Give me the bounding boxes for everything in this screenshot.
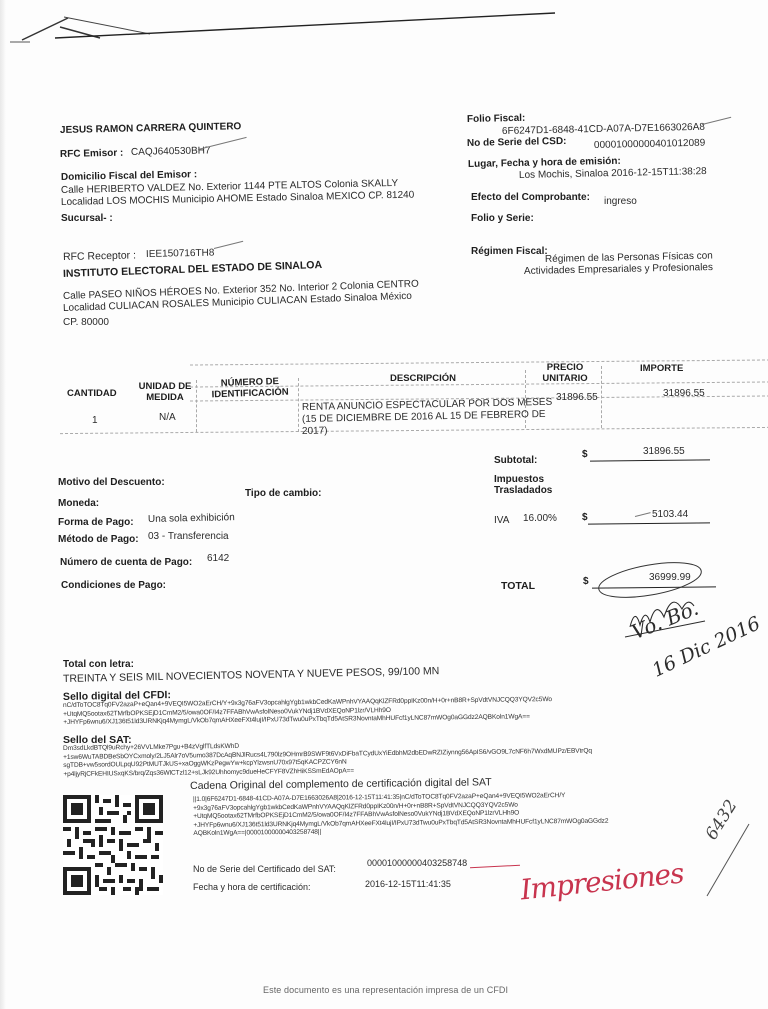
- total-currency: $: [583, 576, 589, 587]
- serie-sat-label: No de Serie del Certificado del SAT:: [193, 864, 336, 874]
- col-header-precio-line2: UNITARIO: [535, 373, 595, 384]
- cell-unidad: N/A: [159, 412, 176, 423]
- iva-rate: 16.00%: [523, 513, 557, 524]
- forma-pago-value: Una sola exhibición: [148, 512, 235, 525]
- cfdi-invoice-page: JESUS RAMON CARRERA QUINTERO RFC Emisor …: [0, 0, 768, 1009]
- csd-label: No de Serie del CSD:: [467, 136, 567, 149]
- motivo-descuento-label: Motivo del Descuento:: [58, 477, 165, 488]
- moneda-label: Moneda:: [58, 498, 99, 509]
- emisor-name: JESUS RAMON CARRERA QUINTERO: [60, 121, 242, 136]
- check-mark: [198, 137, 247, 150]
- sucursal-label: Sucursal- :: [61, 213, 113, 224]
- impuestos-label-line1: Impuestos: [494, 474, 552, 485]
- sello-sat-block: Dm3sdLkdBTQl9uRchy+26VVLMke7Pgu+B4zVglfT…: [63, 739, 592, 779]
- domicilio-receptor-line3: CP. 80000: [63, 317, 109, 328]
- col-header-cantidad: CANTIDAD: [67, 388, 117, 399]
- cell-precio-unitario: 31896.55: [556, 392, 598, 403]
- col-header-importe: IMPORTE: [640, 363, 683, 374]
- cell-cantidad: 1: [92, 415, 98, 426]
- total-label: TOTAL: [501, 580, 535, 592]
- impuestos-label: Impuestos Trasladados: [494, 474, 552, 496]
- cell-descripcion-line3: 2017): [302, 425, 328, 437]
- cell-importe: 31896.55: [663, 388, 705, 399]
- rfc-emisor-value: CAQJ640530BH7: [131, 145, 211, 158]
- folio-serie-label: Folio y Serie:: [471, 213, 534, 224]
- col-header-numero: NÚMERO DE IDENTIFICACIÓN: [200, 375, 301, 400]
- col-header-precio-line1: PRECIO: [535, 362, 595, 373]
- forma-pago-label: Forma de Pago:: [58, 517, 134, 528]
- qr-code: [63, 795, 163, 895]
- subtotal-value: 31896.55: [643, 446, 685, 457]
- regimen-label: Régimen Fiscal:: [471, 246, 548, 257]
- csd-value: 00001000000401012089: [594, 138, 705, 151]
- iva-label: IVA: [494, 515, 509, 526]
- condiciones-pago-label: Condiciones de Pago:: [61, 580, 166, 591]
- subtotal-currency: $: [582, 449, 588, 460]
- folio-fiscal-value: 6F6247D1-6848-41CD-A07A-D7E1663026A8: [502, 122, 705, 137]
- scan-artifact-lines: [0, 0, 768, 60]
- col-header-unidad: UNIDAD DE MEDIDA: [135, 381, 195, 403]
- check-mark: [702, 117, 731, 125]
- slash-stroke: [695, 820, 755, 900]
- scan-edge: [0, 0, 6, 1009]
- cuenta-pago-label: Número de cuenta de Pago:: [60, 557, 192, 568]
- serie-sat-value: 00001000000403258748: [367, 858, 467, 868]
- metodo-pago-value: 03 - Transferencia: [148, 531, 229, 542]
- col-header-numero-line2: IDENTIFICACIÓN: [200, 386, 300, 400]
- col-header-unidad-line2: MEDIDA: [135, 392, 195, 403]
- fecha-certificacion-label: Fecha y hora de certificación:: [193, 882, 311, 892]
- iva-value: 5103.44: [652, 509, 688, 520]
- cuenta-pago-value: 6142: [207, 553, 229, 564]
- rfc-receptor-label: RFC Receptor :: [63, 249, 136, 263]
- fecha-certificacion-value: 2016-12-15T11:41:35: [365, 879, 451, 889]
- col-header-precio: PRECIO UNITARIO: [535, 362, 595, 384]
- cadena-original-label: Cadena Original del complemento de certi…: [190, 776, 492, 792]
- metodo-pago-label: Método de Pago:: [58, 534, 139, 545]
- red-pen-stroke: [470, 865, 520, 869]
- impuestos-label-line2: Trasladados: [494, 485, 552, 496]
- cadena-original-block: ||1.0|6F6247D1-6848-41CD-A07A-D7E1663026…: [193, 792, 609, 839]
- sello-cfdi-block: nC/dToTOC8Tq0FV2azaP+eQan4+9VEQI5WO2aErC…: [63, 696, 552, 727]
- rfc-receptor-value: IEE150716TH8: [146, 248, 215, 260]
- rfc-emisor-label: RFC Emisor :: [60, 148, 124, 160]
- impresiones-annotation: Impresiones: [519, 857, 685, 907]
- iva-currency: $: [582, 512, 588, 523]
- col-header-descripcion: DESCRIPCIÓN: [390, 373, 456, 384]
- efecto-label: Efecto del Comprobante:: [471, 192, 590, 203]
- total-letra-label: Total con letra:: [63, 659, 134, 670]
- footer-disclaimer: Este documento es una representación imp…: [263, 985, 508, 995]
- check-mark: [635, 512, 651, 517]
- check-mark: [214, 241, 243, 249]
- efecto-value: ingreso: [604, 196, 637, 207]
- subtotal-label: Subtotal:: [494, 455, 537, 466]
- domicilio-emisor-label: Domicilio Fiscal del Emisor :: [61, 169, 197, 183]
- col-header-unidad-line1: UNIDAD DE: [135, 381, 195, 392]
- tipo-cambio-label: Tipo de cambio:: [245, 488, 322, 499]
- folio-fiscal-label: Folio Fiscal:: [467, 113, 526, 125]
